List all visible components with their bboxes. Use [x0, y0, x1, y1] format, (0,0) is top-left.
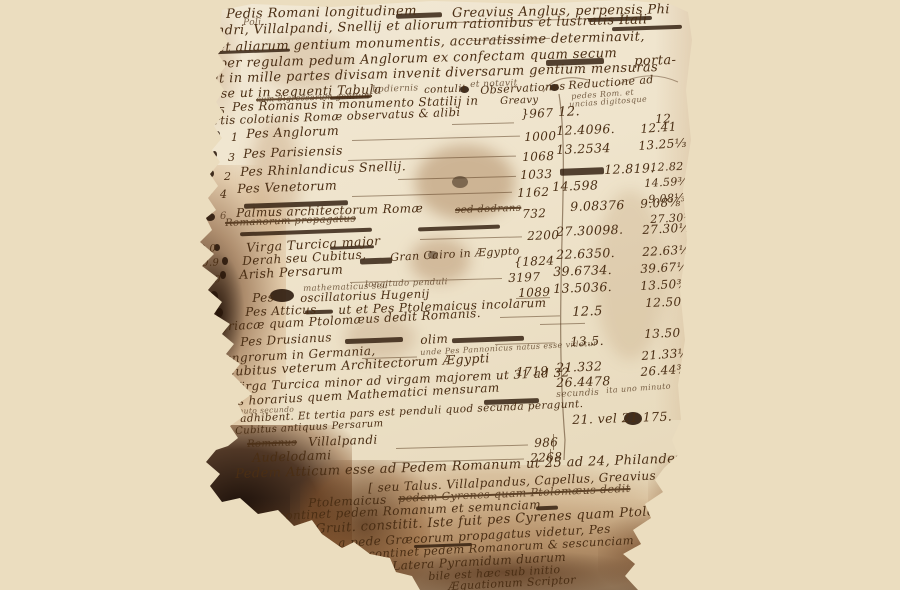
entry-value: 3197: [508, 271, 541, 284]
entry-observation: 12.: [558, 105, 580, 119]
entry-name: Villalpandi: [308, 434, 378, 448]
scribble-strikeout: [418, 225, 500, 232]
entry-reduction: 13.25⅓: [638, 137, 687, 152]
entry-reduction: 26.44¾: [640, 363, 689, 378]
margin-mark: [222, 338, 229, 347]
entry-reduction: 22.63½: [642, 243, 691, 258]
burn-mark: [648, 455, 703, 550]
entry-reduction: 13.50⅗: [640, 277, 689, 292]
entry-name: Pes: [252, 291, 274, 304]
margin-number: 4: [220, 189, 227, 200]
entry-name: Pes Drusianus: [240, 331, 332, 348]
entry-value: 1000: [524, 130, 557, 143]
entry-reduction: 12.82: [650, 161, 684, 173]
entry-value: 1068: [522, 150, 555, 163]
entry-reduction: 27.30⅒: [642, 221, 696, 236]
interline-note: hodiernis: [372, 84, 419, 95]
entry-name: Pes Anglorum: [246, 125, 339, 141]
column-header-greavy: Greavy: [500, 96, 539, 107]
interline-note: Poli: [243, 19, 262, 28]
margin-number: 4.10: [197, 275, 221, 286]
leader-line: [420, 236, 522, 240]
margin-number: 2.0: [199, 244, 216, 255]
entry-reduction: 9.08⅜: [640, 196, 681, 210]
margin-mark: [216, 308, 223, 317]
margin-mark: [210, 291, 218, 301]
leader-line: [396, 445, 528, 450]
scribble-strikeout: [560, 167, 604, 176]
entry-reduction: 13.50: [644, 327, 681, 340]
leader-line: [500, 315, 560, 318]
entry-observation: 12.819.: [604, 162, 655, 176]
entry-observation: 13.5036.: [553, 281, 612, 296]
entry-name: Gran Cairo in Ægypto: [390, 245, 520, 263]
margin-number: 0.9: [202, 258, 219, 269]
entry-observation: 9.08376: [570, 199, 625, 213]
margin-mark: [215, 131, 220, 138]
entry-name: Arish Persarum: [239, 264, 344, 282]
entry-reduction: 14.59⅗: [644, 176, 689, 189]
entry-observation: 12.5: [572, 305, 603, 319]
entry-name: Pes Rhinlandicus Snellij.: [240, 160, 406, 178]
entry-value: }967: [521, 107, 554, 120]
entry-observation: 39.6734.: [553, 264, 612, 279]
margin-mark: [207, 188, 212, 195]
manuscript-page: Pedis Romani longitudinem Greavius Anglu…: [0, 0, 900, 590]
entry-value: {1824: [514, 255, 555, 268]
entry-value: 2200: [527, 229, 560, 242]
photo-background: Pedis Romani longitudinem Greavius Anglu…: [0, 0, 900, 590]
entry-reduction: 12.50.: [645, 296, 686, 309]
entry-value: 732: [522, 207, 547, 220]
entry-observation: 21. vel 21.175.: [572, 411, 672, 427]
leader-line: [452, 122, 514, 125]
entry-observation: 13.2534: [556, 142, 611, 156]
margin-mark: [212, 151, 217, 158]
entry-value: 986: [534, 436, 559, 449]
entry-value: 1033: [520, 168, 553, 181]
margin-number: 1: [231, 132, 238, 143]
entry-observation: 22.6350.: [556, 247, 615, 262]
entry-value: 1162: [517, 186, 550, 199]
entry-reduction: 39.67⅓: [640, 260, 689, 275]
burn-mark: [598, 515, 713, 590]
struck-text: sed dodrans: [455, 204, 521, 216]
column-header-observationes: Observationes: [480, 81, 566, 96]
entry-reduction: 21.33⅕: [641, 347, 690, 362]
leader-line: [540, 323, 585, 325]
margin-mark: [222, 257, 228, 265]
ink-blot: [452, 176, 468, 188]
margin-number: 3: [228, 152, 235, 163]
margin-number: 2: [224, 171, 231, 182]
entry-reduction: 12.41: [640, 120, 677, 135]
margin-mark: [209, 170, 214, 177]
entry-observation: 14.598: [552, 179, 599, 193]
leader-line: [352, 136, 520, 142]
entry-name: olim: [420, 333, 448, 346]
entry-observation: 27.30098.: [556, 224, 624, 239]
margin-mark: [205, 213, 215, 221]
entry-name: Pes Parisiensis: [243, 145, 343, 161]
entry-observation: 26.4478: [556, 375, 611, 389]
entry-name: Audelodami: [252, 449, 332, 464]
entry-name: Pes Venetorum: [237, 180, 337, 196]
entry-observation: 12.4096.: [556, 123, 615, 138]
interline-note: minuto secundo: [228, 406, 294, 416]
